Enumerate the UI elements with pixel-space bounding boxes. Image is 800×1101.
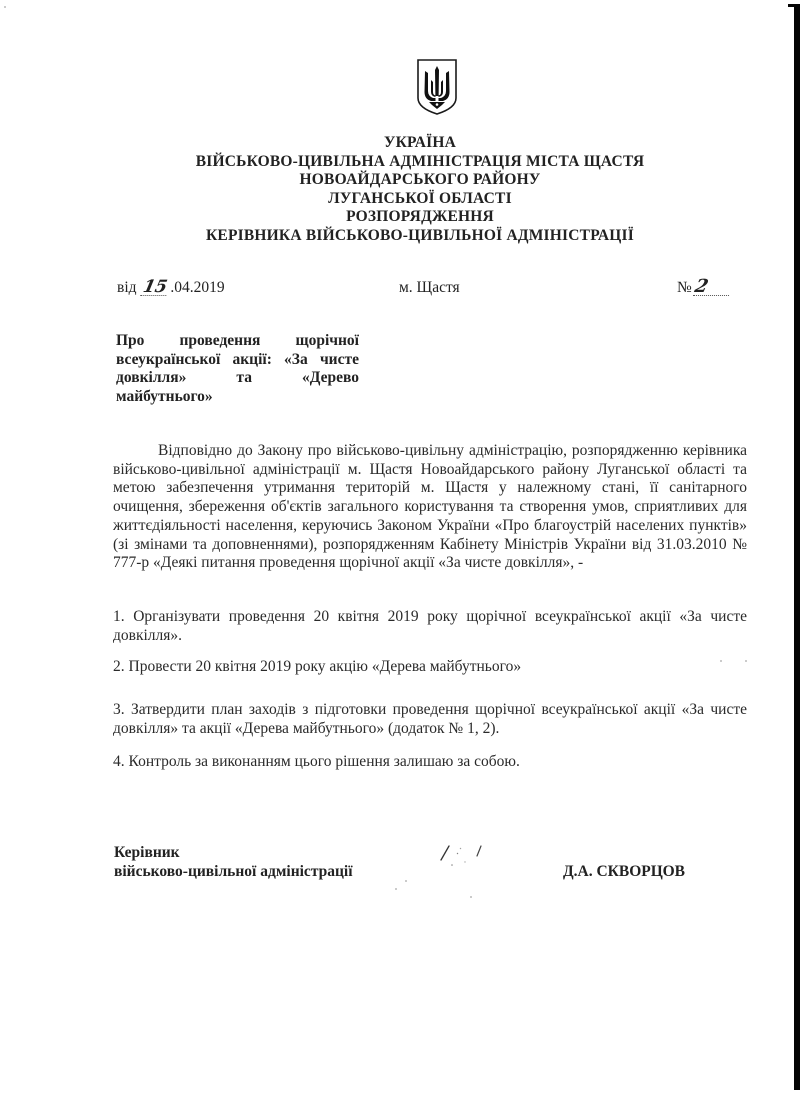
scan-edge-shadow xyxy=(794,4,800,1090)
document-subject: Про проведення щорічної всеукраїнської а… xyxy=(116,332,359,406)
number-prefix: № xyxy=(677,279,692,296)
document-date: від 15.04.2019 xyxy=(117,279,225,297)
document-number: №2 xyxy=(677,279,731,297)
date-month-year: .04.2019 xyxy=(170,279,224,296)
header-administration: ВІЙСЬКОВО-ЦИВІЛЬНА АДМІНІСТРАЦІЯ МІСТА Щ… xyxy=(150,153,690,172)
document-city: м. Щастя xyxy=(399,279,460,297)
scan-speck xyxy=(395,888,397,890)
document-header: УКРАЇНА ВІЙСЬКОВО-ЦИВІЛЬНА АДМІНІСТРАЦІЯ… xyxy=(150,134,690,246)
signatory-title-line-2: військово-цивільної адміністрації xyxy=(114,862,353,881)
header-region: ЛУГАНСЬКОЇ ОБЛАСТІ xyxy=(150,190,690,209)
document-preamble: Відповідно до Закону про військово-цивіл… xyxy=(113,442,747,573)
header-issuer: КЕРІВНИКА ВІЙСЬКОВО-ЦИВІЛЬНОЇ АДМІНІСТРА… xyxy=(150,227,690,246)
header-district: НОВОАЙДАРСЬКОГО РАЙОНУ xyxy=(150,171,690,190)
subject-line: майбутнього» xyxy=(116,388,359,407)
scan-speck xyxy=(405,880,407,882)
scan-edge-corner xyxy=(788,4,795,7)
scan-speck xyxy=(470,896,472,898)
order-item-3: 3. Затвердити план заходів з підготовки … xyxy=(113,701,747,738)
subject-line: всеукраїнської акції: «За чисте xyxy=(116,351,359,370)
document-page: УКРАЇНА ВІЙСЬКОВО-ЦИВІЛЬНА АДМІНІСТРАЦІЯ… xyxy=(0,0,800,1101)
order-item-4: 4. Контроль за виконанням цього рішення … xyxy=(113,753,747,772)
header-document-type: РОЗПОРЯДЖЕННЯ xyxy=(150,208,690,227)
date-day-handwritten: 15 xyxy=(141,279,171,296)
signatory-title-line-1: Керівник xyxy=(114,843,353,862)
number-handwritten: 2 xyxy=(693,279,733,296)
scan-speck xyxy=(720,660,722,662)
header-country: УКРАЇНА xyxy=(150,134,690,153)
date-prefix: від xyxy=(117,279,137,296)
handwritten-signature-icon xyxy=(435,838,495,868)
subject-line: Про проведення щорічної xyxy=(116,332,359,351)
subject-line: довкілля» та «Дерево xyxy=(116,369,359,388)
scan-speck xyxy=(4,6,6,8)
signatory-name: Д.А. СКВОРЦОВ xyxy=(563,862,685,881)
scan-speck xyxy=(745,660,747,662)
signatory-title: Керівник військово-цивільної адміністрац… xyxy=(114,843,353,881)
document-meta-row: від 15.04.2019 м. Щастя №2 xyxy=(0,279,800,301)
coat-of-arms-tryzub-icon xyxy=(416,58,458,116)
order-item-2: 2. Провести 20 квітня 2019 року акцію «Д… xyxy=(113,658,747,677)
order-item-1: 1. Організувати проведення 20 квітня 201… xyxy=(113,608,747,645)
